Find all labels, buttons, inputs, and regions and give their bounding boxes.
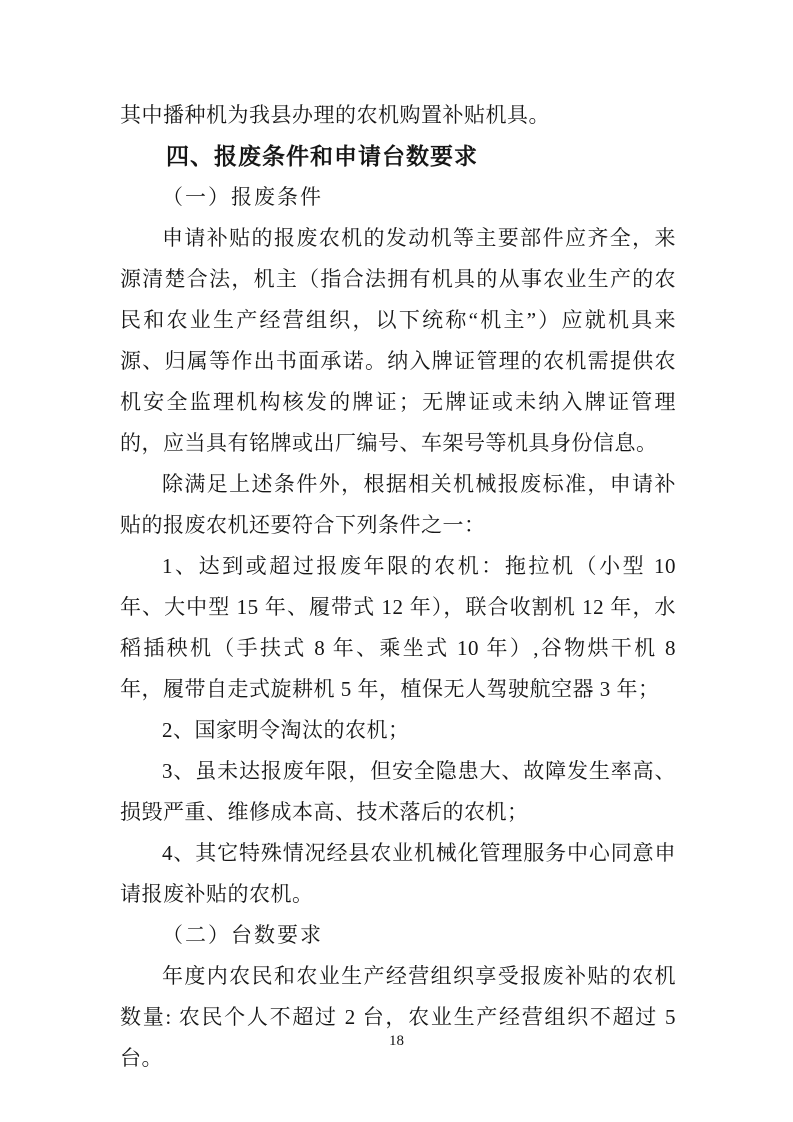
list-item-4: 4、其它特殊情况经县农业机械化管理服务中心同意申请报废补贴的农机。 <box>120 833 676 915</box>
list-item-3: 3、虽未达报废年限，但安全隐患大、故障发生率高、损毁严重、维修成本高、技术落后的… <box>120 751 676 833</box>
page-number: 18 <box>0 1033 793 1050</box>
list-item-1: 1、达到或超过报废年限的农机：拖拉机（小型 10 年、大中型 15 年、履带式 … <box>120 546 676 710</box>
section-heading: 四、报废条件和申请台数要求 <box>120 136 676 177</box>
subsection-heading-unit-count: （二）台数要求 <box>120 915 676 956</box>
body-paragraph: 申请补贴的报废农机的发动机等主要部件应齐全，来源清楚合法，机主（指合法拥有机具的… <box>120 218 676 464</box>
subsection-heading-scrap-conditions: （一）报废条件 <box>120 177 676 218</box>
document-page: 其中播种机为我县办理的农机购置补贴机具。 四、报废条件和申请台数要求 （一）报废… <box>0 0 793 1122</box>
document-content: 其中播种机为我县办理的农机购置补贴机具。 四、报废条件和申请台数要求 （一）报废… <box>120 95 676 1079</box>
body-paragraph: 年度内农民和农业生产经营组织享受报废补贴的农机数量: 农民个人不超过 2 台，农… <box>120 956 676 1079</box>
paragraph-continuation: 其中播种机为我县办理的农机购置补贴机具。 <box>120 95 676 136</box>
list-item-2: 2、国家明令淘汰的农机； <box>120 710 676 751</box>
body-paragraph: 除满足上述条件外，根据相关机械报废标准，申请补贴的报废农机还要符合下列条件之一： <box>120 464 676 546</box>
